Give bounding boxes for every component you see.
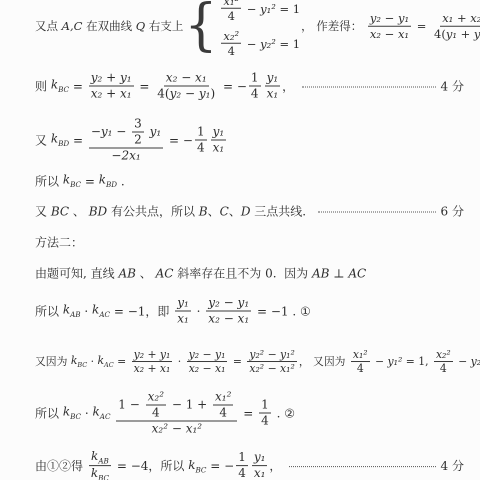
fraction: 14 xyxy=(236,451,248,480)
fraction: y₂ + y₁x₂ + x₁ xyxy=(132,348,173,376)
fraction: −y₁ − 32 y₁−2x₁ xyxy=(89,117,163,164)
math-text: = xyxy=(239,406,257,420)
math-text: = −1 . ① xyxy=(253,304,311,318)
fraction-denominator: x₂ + x₁ xyxy=(132,363,173,376)
math-text: 3 xyxy=(134,117,142,132)
math-text: 有公共点，所以 xyxy=(107,203,199,220)
variable-base: k xyxy=(99,173,106,187)
math-text: 4( xyxy=(434,27,446,41)
variable-subscript: AC xyxy=(104,362,114,370)
math-variable-text: y₂² − y₁² xyxy=(249,348,294,361)
fraction-denominator: 4(y₁ + y₂) xyxy=(432,27,480,41)
fraction-numerator: kAB xyxy=(89,449,111,466)
variable-with-subscript: kBC xyxy=(91,467,109,480)
math-variable-text: y₁ xyxy=(177,296,189,311)
variable-subscript: AC xyxy=(99,310,110,319)
line-hyperbola-system: 又点 A,C 在双曲线 Q 右支上{x₁²4 − y₁² = 1x₂²4 − y… xyxy=(35,0,464,58)
math-variable-text: AC xyxy=(348,266,366,280)
math-variable-text: y₂ − y₁ xyxy=(208,296,249,311)
fraction-denominator: 4 xyxy=(236,467,248,480)
variable-subscript: BC xyxy=(70,180,81,189)
math-text: 1 − xyxy=(118,398,143,413)
fraction: y₂ − y₁x₂ − x₁ xyxy=(368,11,411,41)
math-text: ， xyxy=(282,78,294,95)
fraction-numerator: x₁ + x₂ xyxy=(440,11,480,26)
math-text: 由题可知, 直线 xyxy=(35,265,118,282)
math-text: 4 xyxy=(251,87,259,102)
math-text: = − xyxy=(165,133,193,147)
fraction: y₂² − y₁²x₂² − x₁² xyxy=(247,348,296,376)
line-kbc-kac-value: 所以 kBC · kAC 1 − x₂²4 − 1 + x₁²4x₂² − x₁… xyxy=(35,390,464,437)
math-variable-text: y₁ xyxy=(146,125,161,140)
math-variable-text: x₂ − x₁ xyxy=(189,363,226,376)
math-text: − 1 + xyxy=(168,398,211,413)
fraction: y₁x₁ xyxy=(211,125,227,156)
math-text: 1 xyxy=(238,451,246,466)
fraction: x₂²4 xyxy=(221,29,241,59)
math-variable-text: x₂² − x₁² xyxy=(152,422,202,437)
fraction: y₁x₁ xyxy=(252,451,268,480)
math-text: 由①②得 xyxy=(35,458,87,475)
math-variable-text: x₂² xyxy=(223,29,239,43)
fraction-denominator: 4 xyxy=(355,363,366,376)
math-variable-text: C xyxy=(220,204,229,218)
math-text: 4 xyxy=(261,414,269,429)
math-text: · xyxy=(81,406,92,420)
math-text xyxy=(110,406,114,420)
fraction-numerator: y₂² − y₁² xyxy=(247,348,296,362)
variable-subscript: BD xyxy=(106,180,117,189)
variable-with-subscript: kAC xyxy=(92,303,110,319)
fraction: x₂²4 xyxy=(434,348,453,376)
math-text: 4 xyxy=(357,363,364,376)
fraction: 14 xyxy=(195,125,207,156)
math-text: 4 分 xyxy=(441,78,464,95)
fraction-denominator: 4(y₂ − y₁) xyxy=(155,87,217,102)
math-text: 2 xyxy=(134,133,142,148)
variable-subscript: BC xyxy=(70,412,81,421)
variable-with-subscript: kBD xyxy=(51,132,69,148)
math-text: − xyxy=(455,356,471,369)
line-kbd-slope: 又 kBD = −y₁ − 32 y₁−2x₁ = −14y₁x₁ xyxy=(35,117,464,164)
math-text: 则 xyxy=(35,78,51,95)
math-text: 在双曲线 xyxy=(82,18,135,34)
math-text: 1 xyxy=(197,125,205,140)
variable-with-subscript: kBC xyxy=(63,405,81,421)
math-variable-text: AB xyxy=(118,266,135,280)
variable-with-subscript: kBC xyxy=(71,354,87,369)
fraction: kABkBC xyxy=(89,449,111,480)
dotted-leader xyxy=(302,87,435,88)
math-variable-text: −y₁ − xyxy=(91,125,130,140)
fraction: y₂ − y₁x₂ − x₁ xyxy=(187,348,228,376)
variable-subscript: BC xyxy=(58,85,69,94)
math-text: 又 xyxy=(35,203,51,220)
math-text: 4 分 xyxy=(441,458,464,475)
math-text: 又点 xyxy=(35,18,62,34)
fraction-numerator: 1 xyxy=(249,71,261,87)
math-variable-text: x₁ + x₂ xyxy=(442,11,480,25)
variable-subscript: AB xyxy=(70,310,80,319)
line-collinear-conclusion: 又 BC 、 BD 有公共点，所以 B、C、D 三点共线. 6 分 xyxy=(35,203,464,220)
system-rows: x₁²4 − y₁² = 1x₂²4 − y₂² = 1 xyxy=(219,0,300,58)
math-variable-text: −2x₁ xyxy=(111,149,140,164)
math-variable-text: BC xyxy=(51,204,69,218)
math-text: · xyxy=(174,356,184,369)
math-variable-text: x₁ xyxy=(213,141,225,156)
math-variable-text: x₂ + x₁ xyxy=(134,363,171,376)
fraction-denominator: 4 xyxy=(217,406,229,421)
fraction-denominator: x₁ xyxy=(265,87,281,102)
fraction-denominator: x₁ xyxy=(175,312,191,327)
math-variable-text: y₂ − y₁ xyxy=(189,348,226,361)
variable-with-subscript: kAC xyxy=(98,354,114,369)
math-variable-text: y₂ + y₁ xyxy=(134,348,171,361)
math-text: 4 xyxy=(228,9,235,23)
math-text: 方法二： xyxy=(35,234,83,251)
fraction-numerator: x₁² xyxy=(221,0,241,9)
variable-subscript: AB xyxy=(98,457,108,466)
fraction-numerator: y₁ xyxy=(175,296,191,312)
math-text: − xyxy=(372,356,388,369)
math-text: 4 xyxy=(440,363,447,376)
fraction: y₂ − y₁x₂ − x₁ xyxy=(206,296,251,327)
fraction-denominator: kBC xyxy=(89,467,111,480)
fraction-numerator: y₂ + y₁ xyxy=(89,71,134,87)
math-text: 、 xyxy=(229,203,241,220)
variable-subscript: AC xyxy=(100,412,111,421)
fraction: x₂²4 xyxy=(146,390,166,421)
math-text: ) xyxy=(210,87,215,102)
variable-subscript: BC xyxy=(98,474,109,480)
math-text: = 1, xyxy=(402,356,432,369)
document-page: 又点 A,C 在双曲线 Q 右支上{x₁²4 − y₁² = 1x₂²4 − y… xyxy=(0,0,480,480)
fraction-numerator: 1 − x₂²4 − 1 + x₁²4 xyxy=(116,390,237,422)
math-text: 又 xyxy=(35,132,51,149)
math-text: 1 xyxy=(251,71,259,86)
math-variable-text: y₂ − y₁ xyxy=(370,11,409,25)
fraction-numerator: y₂ − y₁ xyxy=(206,296,251,312)
dotted-leader xyxy=(318,212,436,213)
math-text: = 1 xyxy=(276,36,300,50)
fraction-denominator: 4 xyxy=(259,414,271,429)
dotted-leader xyxy=(289,467,435,468)
line-kbc-slope: 则 kBC = y₂ + y₁x₂ + x₁ = x₂ − x₁4(y₂ − y… xyxy=(35,71,464,102)
math-variable-text: y₂² xyxy=(260,36,276,50)
line-kbc-kac-product: 又因为 kBC · kAC = y₂ + y₁x₂ + x₁ · y₂ − y₁… xyxy=(35,348,464,376)
math-text: 所以 xyxy=(35,303,63,320)
system-row: x₁²4 − y₁² = 1 xyxy=(219,0,300,24)
fraction-denominator: x₂ − x₁ xyxy=(368,27,411,41)
fraction: 14 xyxy=(259,398,271,429)
math-variable-text: x₁² xyxy=(215,390,231,405)
fraction-numerator: y₂ − y₁ xyxy=(368,11,411,26)
math-text: − xyxy=(243,2,260,16)
fraction-denominator: 4 xyxy=(438,363,449,376)
variable-base: k xyxy=(188,458,195,472)
variable-with-subscript: kBC xyxy=(63,173,81,189)
fraction: y₁x₁ xyxy=(175,296,191,327)
fraction-denominator: x₂ − x₁ xyxy=(206,312,251,327)
math-variable-text: B xyxy=(199,204,208,218)
math-text: ， 又因为 xyxy=(299,355,349,370)
fraction-numerator: x₁² xyxy=(213,390,233,406)
math-variable-text: y₁ + y₂ xyxy=(446,27,480,41)
fraction: y₂ + y₁x₂ + x₁ xyxy=(89,71,134,102)
fraction-numerator: 1 xyxy=(195,125,207,141)
fraction: y₁x₁ xyxy=(265,71,281,102)
line-method-two: 方法二： xyxy=(35,234,464,251)
fraction-denominator: x₁ xyxy=(252,467,268,480)
math-variable-text: x₂ − x₁ xyxy=(370,27,409,41)
math-variable-text: y₁ xyxy=(254,451,266,466)
variable-base: k xyxy=(92,405,99,419)
math-variable-text: x₁ xyxy=(177,312,189,327)
math-variable-text: y₂² xyxy=(471,356,480,369)
math-text: 4( xyxy=(157,87,169,102)
math-text: 4 xyxy=(152,406,160,421)
fraction-denominator: −2x₁ xyxy=(109,149,142,164)
math-text: 4 xyxy=(238,467,246,480)
fraction-denominator: 4 xyxy=(195,141,207,156)
variable-subscript: BD xyxy=(58,139,69,148)
math-text: 、 xyxy=(208,203,220,220)
math-text: 、 xyxy=(69,203,89,220)
math-text: 所以 xyxy=(35,405,63,422)
math-text: = xyxy=(81,174,99,188)
math-variable-text: y₁² xyxy=(388,356,403,369)
line-kbc-equals-kbd: 所以 kBC = kBD . xyxy=(35,173,464,190)
math-text: = −4，所以 xyxy=(113,458,188,475)
math-variable-text: x₂² xyxy=(148,390,164,405)
math-text: = −1，即 xyxy=(110,303,173,320)
math-variable-text: x₂ − x₁ xyxy=(166,71,207,86)
math-variable-text: y₁ xyxy=(267,71,279,86)
math-variable-text: x₁² xyxy=(353,348,368,361)
fraction-denominator: x₁ xyxy=(211,141,227,156)
fraction-denominator: x₂² − x₁² xyxy=(150,422,204,437)
fraction-denominator: x₂ + x₁ xyxy=(89,87,134,102)
math-text: 、 xyxy=(136,265,156,282)
math-text: = xyxy=(69,79,87,93)
fraction-numerator: x₁² xyxy=(351,348,370,362)
variable-subscript: BC xyxy=(77,362,87,370)
math-text: = 1 xyxy=(276,2,300,16)
fraction-denominator: 4 xyxy=(249,87,261,102)
math-text: = − xyxy=(206,459,234,473)
variable-with-subscript: kBD xyxy=(99,173,117,189)
math-variable-text: x₁ xyxy=(267,87,279,102)
math-text: = xyxy=(114,356,130,369)
fraction: x₂ − x₁4(y₂ − y₁) xyxy=(155,71,217,102)
math-text: 又因为 xyxy=(35,355,71,370)
line-slopes-exist: 由题可知, 直线 AB 、 AC 斜率存在且不为 0. 因为 AB ⊥ AC xyxy=(35,265,464,282)
equation-system: {x₁²4 − y₁² = 1x₂²4 − y₂² = 1 xyxy=(184,0,300,58)
math-variable-text: x₂² − x₁² xyxy=(249,363,294,376)
math-variable-text: y₁ xyxy=(213,125,225,140)
variable-with-subscript: kAC xyxy=(92,405,110,421)
math-text: 斜率存在且不为 0. 因为 xyxy=(173,265,312,282)
math-text: = xyxy=(413,19,430,33)
math-variable-text: y₁² xyxy=(260,2,276,16)
math-text: = xyxy=(136,79,154,93)
fraction-numerator: −y₁ − 32 y₁ xyxy=(89,117,163,149)
math-variable-text: x₁² xyxy=(223,0,239,8)
fraction-numerator: y₂ + y₁ xyxy=(132,348,173,362)
math-variable-text: y₂ − y₁ xyxy=(170,87,211,102)
fraction: 1 − x₂²4 − 1 + x₁²4x₂² − x₁² xyxy=(116,390,237,437)
fraction-numerator: x₂ − x₁ xyxy=(164,71,209,87)
math-variable-text: x₂ + x₁ xyxy=(91,87,132,102)
math-variable-text: x₁ xyxy=(254,467,266,480)
variable-with-subscript: kBC xyxy=(188,458,206,474)
fraction-denominator: 4 xyxy=(150,406,162,421)
fraction-numerator: y₁ xyxy=(265,71,281,87)
fraction: 14 xyxy=(249,71,261,102)
system-brace-icon: { xyxy=(184,0,217,54)
fraction-denominator: x₂ − x₁ xyxy=(187,363,228,376)
fraction: x₁ + x₂4(y₁ + y₂) xyxy=(432,11,480,41)
math-text: = xyxy=(229,356,245,369)
math-text: = − xyxy=(219,79,247,93)
math-variable-text: A,C xyxy=(62,19,83,33)
fraction-numerator: x₂² xyxy=(434,348,453,362)
fraction: x₁²4 xyxy=(213,390,233,421)
fraction-numerator: y₁ xyxy=(252,451,268,467)
math-text: . ② xyxy=(273,406,295,420)
math-text: ， xyxy=(269,458,281,475)
math-variable-text: D xyxy=(241,204,251,218)
fraction-denominator: 2 xyxy=(132,133,144,148)
fraction-denominator: 4 xyxy=(226,9,237,23)
variable-with-subscript: kAB xyxy=(63,303,81,319)
math-text: 4 xyxy=(197,141,205,156)
math-text: 右支上 xyxy=(145,18,183,34)
math-text: . xyxy=(117,174,125,188)
math-text: ， 作差得： xyxy=(301,18,366,34)
math-text: · xyxy=(81,304,92,318)
variable-with-subscript: kBC xyxy=(51,78,69,94)
variable-subscript: BC xyxy=(196,465,207,474)
line-conclusion-kbc: 由①②得 kABkBC = −4，所以 kBC = −14y₁x₁，4 分 xyxy=(35,449,464,480)
math-text: · xyxy=(193,304,204,318)
line-kab-kac-product: 所以 kAB · kAC = −1，即 y₁x₁ · y₂ − y₁x₂ − x… xyxy=(35,296,464,327)
fraction-denominator: 4 xyxy=(226,44,237,58)
fraction-numerator: 1 xyxy=(236,451,248,467)
variable-with-subscript: kAB xyxy=(91,449,109,465)
fraction-numerator: 1 xyxy=(259,398,271,414)
math-text: = xyxy=(69,133,87,147)
math-variable-text: x₂ − x₁ xyxy=(208,312,249,327)
math-variable-text: AB xyxy=(312,266,329,280)
fraction-numerator: y₁ xyxy=(211,125,227,141)
fraction: x₁²4 xyxy=(351,348,370,376)
fraction-numerator: y₂ − y₁ xyxy=(187,348,228,362)
fraction-numerator: x₂² xyxy=(146,390,166,406)
math-variable-text: x₂² xyxy=(436,348,451,361)
math-text: 三点共线. xyxy=(250,203,309,220)
math-variable-text: AC xyxy=(156,266,174,280)
math-variable-text: y₂ + y₁ xyxy=(91,71,132,86)
math-text: ⊥ xyxy=(329,266,348,280)
math-text: 所以 xyxy=(35,173,63,190)
math-variable-text: Q xyxy=(136,19,145,33)
math-text: 1 xyxy=(261,398,269,413)
fraction-numerator: 3 xyxy=(132,117,144,133)
system-row: x₂²4 − y₂² = 1 xyxy=(219,29,300,59)
math-text: 4 xyxy=(219,406,227,421)
fraction: 32 xyxy=(132,117,144,148)
math-text: · xyxy=(87,356,97,369)
math-text: 6 分 xyxy=(441,203,464,220)
fraction-numerator: x₂² xyxy=(221,29,241,44)
math-text: 4 xyxy=(228,44,235,58)
fraction: x₁²4 xyxy=(221,0,241,24)
math-variable-text: BD xyxy=(89,204,107,218)
math-text: − xyxy=(243,36,260,50)
fraction-denominator: x₂² − x₁² xyxy=(247,363,296,376)
